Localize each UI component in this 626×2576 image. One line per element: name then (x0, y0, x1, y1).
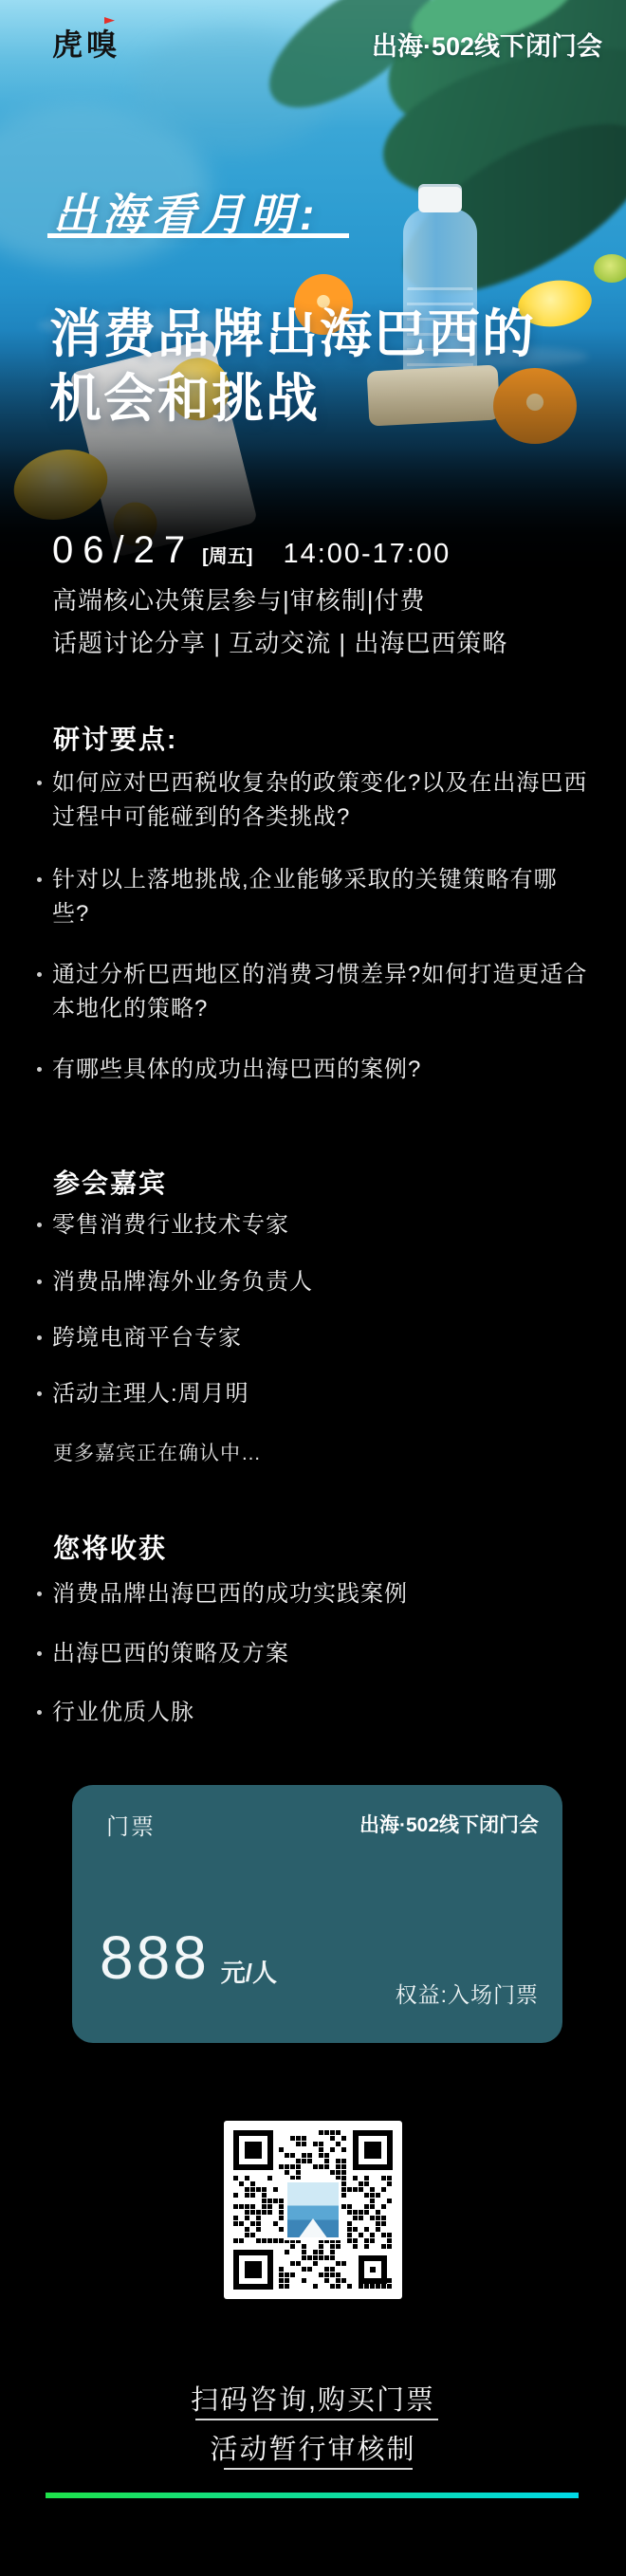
list-item: 有哪些具体的成功出海巴西的案例? (52, 1053, 589, 1087)
bullet-dot (37, 1391, 42, 1396)
list-item: 活动主理人:周月明 (52, 1377, 589, 1411)
ticket-price-row: 888 元/人 (100, 1927, 277, 1988)
ticket-benefit: 权益:入场门票 (396, 1978, 539, 2009)
poster-page: 虎嗅 出海·502线下闭门会 出海看月明: 消费品牌出海巴西的 机会和挑战 06… (0, 0, 626, 2576)
bullet-dot (37, 1592, 42, 1596)
topic-text: 通过分析巴西地区的消费习惯差异?如何打造更适合本地化的策略? (52, 962, 587, 1021)
list-item: 零售消费行业技术专家 (52, 1208, 589, 1242)
sea-boat-thumbnail (287, 2182, 339, 2237)
bullet-dot (37, 1651, 42, 1656)
huxiu-logo: 虎嗅 (52, 21, 120, 64)
footer-divider (195, 2419, 438, 2420)
bullet-dot (37, 972, 42, 977)
event-weekday: [周五] (202, 547, 252, 566)
gains-heading: 您将收获 (53, 1528, 167, 1566)
ticket-event-label: 出海·502线下闭门会 (359, 1810, 539, 1838)
bullet-dot (37, 1279, 42, 1284)
list-item: 通过分析巴西地区的消费习惯差异?如何打造更适合本地化的策略? (52, 958, 589, 1026)
hero-title: 消费品牌出海巴西的 机会和挑战 (49, 302, 536, 431)
footer-divider (224, 2468, 413, 2470)
qr-center-image (285, 2180, 341, 2240)
list-item: 消费品牌出海巴西的成功实践案例 (52, 1577, 589, 1611)
event-info-line1: 高端核心决策层参与|审核制|付费 (52, 585, 426, 616)
bullet-dot (37, 877, 42, 882)
event-series-label: 出海·502线下闭门会 (372, 26, 602, 63)
guest-text: 零售消费行业技术专家 (52, 1212, 289, 1238)
hero-photo (0, 0, 626, 588)
guests-note: 更多嘉宾正在确认中… (53, 1438, 262, 1466)
footer-cta-line2: 活动暂行审核制 (0, 2428, 626, 2467)
event-time: 14:00-17:00 (283, 541, 451, 568)
list-item: 跨境电商平台专家 (52, 1321, 589, 1355)
gain-text: 消费品牌出海巴西的成功实践案例 (52, 1581, 408, 1607)
guests-heading: 参会嘉宾 (53, 1163, 167, 1201)
guest-text: 消费品牌海外业务负责人 (52, 1269, 313, 1295)
footer-gradient-bar (46, 2493, 579, 2498)
bullet-dot (37, 1710, 42, 1715)
hero-title-line1: 消费品牌出海巴西的 (49, 302, 536, 366)
guest-text: 跨境电商平台专家 (52, 1325, 242, 1351)
list-item: 如何应对巴西税收复杂的政策变化?以及在出海巴西过程中可能碰到的各类挑战? (52, 766, 589, 835)
boat-bow-icon (298, 2218, 328, 2237)
bullet-dot (37, 1067, 42, 1072)
list-item: 出海巴西的策略及方案 (52, 1637, 589, 1671)
list-item: 针对以上落地挑战,企业能够采取的关键策略有哪些? (52, 863, 589, 931)
guest-text: 活动主理人:周月明 (52, 1381, 249, 1407)
list-item: 消费品牌海外业务负责人 (52, 1265, 589, 1299)
gain-text: 行业优质人脉 (52, 1700, 194, 1725)
event-date: 06/27 (52, 531, 194, 569)
topics-heading: 研讨要点: (53, 719, 177, 757)
topic-text: 针对以上落地挑战,企业能够采取的关键策略有哪些? (52, 867, 558, 927)
event-date-row: 06/27 [周五] 14:00-17:00 (52, 531, 451, 569)
topic-text: 如何应对巴西税收复杂的政策变化?以及在出海巴西过程中可能碰到的各类挑战? (52, 770, 587, 830)
ticket-card: 门票 出海·502线下闭门会 888 元/人 权益:入场门票 (72, 1785, 562, 2043)
bullet-dot (37, 1335, 42, 1340)
kicker-underline (47, 233, 349, 238)
event-info-line2: 话题讨论分享 | 互动交流 | 出海巴西策略 (52, 628, 507, 659)
bullet-dot (37, 781, 42, 785)
list-item: 行业优质人脉 (52, 1696, 589, 1730)
bullet-dot (37, 1223, 42, 1227)
footer-cta-line1: 扫码咨询,购买门票 (0, 2379, 626, 2418)
ticket-label: 门票 (106, 1808, 156, 1841)
hero-title-line2: 机会和挑战 (49, 366, 536, 431)
ticket-price: 888 (100, 1927, 210, 1988)
topic-text: 有哪些具体的成功出海巴西的案例? (52, 1057, 421, 1082)
gain-text: 出海巴西的策略及方案 (52, 1641, 289, 1666)
hero-fade-overlay (0, 0, 626, 588)
ticket-price-unit: 元/人 (221, 1960, 277, 1985)
qr-code (224, 2121, 402, 2299)
